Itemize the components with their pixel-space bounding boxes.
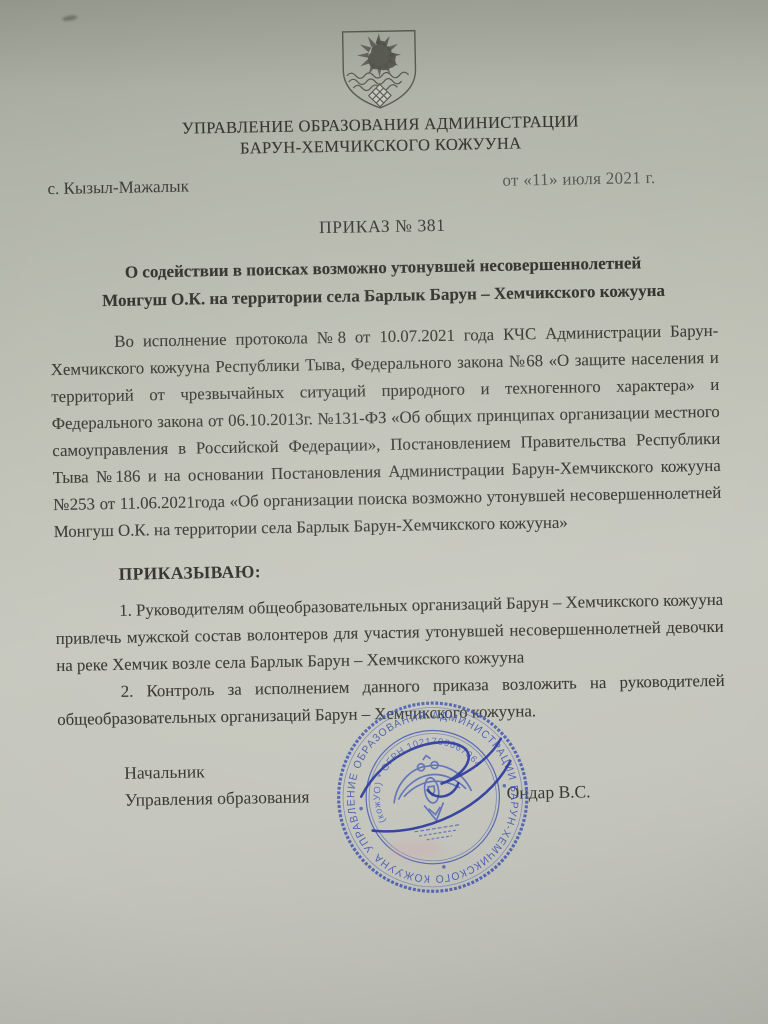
resolution-word: ПРИКАЗЫВАЮ: xyxy=(54,553,722,586)
stamp-graphic: УПРАВЛЕНИЕ ОБРАЗОВАНИЯ АДМИНИСТРАЦИИ БАР… xyxy=(321,685,545,909)
org-header: УПРАВЛЕНИЕ ОБРАЗОВАНИЯ АДМИНИСТРАЦИИ БАР… xyxy=(46,108,715,162)
order-title: О содействии в поисках возможно утонувше… xyxy=(49,248,718,316)
stamp-smudge xyxy=(390,841,442,858)
preamble-paragraph: Во исполнение протокола №8 от 10.07.2021… xyxy=(50,317,722,545)
order-number: ПРИКАЗ № 381 xyxy=(48,210,716,243)
order-item-1: 1. Руководителям общеобразовательных орг… xyxy=(55,586,724,679)
coat-of-arms-icon xyxy=(327,25,433,115)
paper-smudge xyxy=(62,15,78,22)
document-content: УПРАВЛЕНИЕ ОБРАЗОВАНИЯ АДМИНИСТРАЦИИ БАР… xyxy=(0,19,768,816)
place-label: с. Кызыл-Мажалык xyxy=(47,177,189,200)
stamp-outer-border xyxy=(325,689,540,904)
official-stamp: УПРАВЛЕНИЕ ОБРАЗОВАНИЯ АДМИНИСТРАЦИИ БАР… xyxy=(321,685,545,909)
document-sheet: УПРАВЛЕНИЕ ОБРАЗОВАНИЯ АДМИНИСТРАЦИИ БАР… xyxy=(0,0,768,1024)
date-label: от «11» июля 2021 г. xyxy=(502,168,655,191)
place-date-row: с. Кызыл-Мажалык от «11» июля 2021 г. xyxy=(47,167,715,199)
